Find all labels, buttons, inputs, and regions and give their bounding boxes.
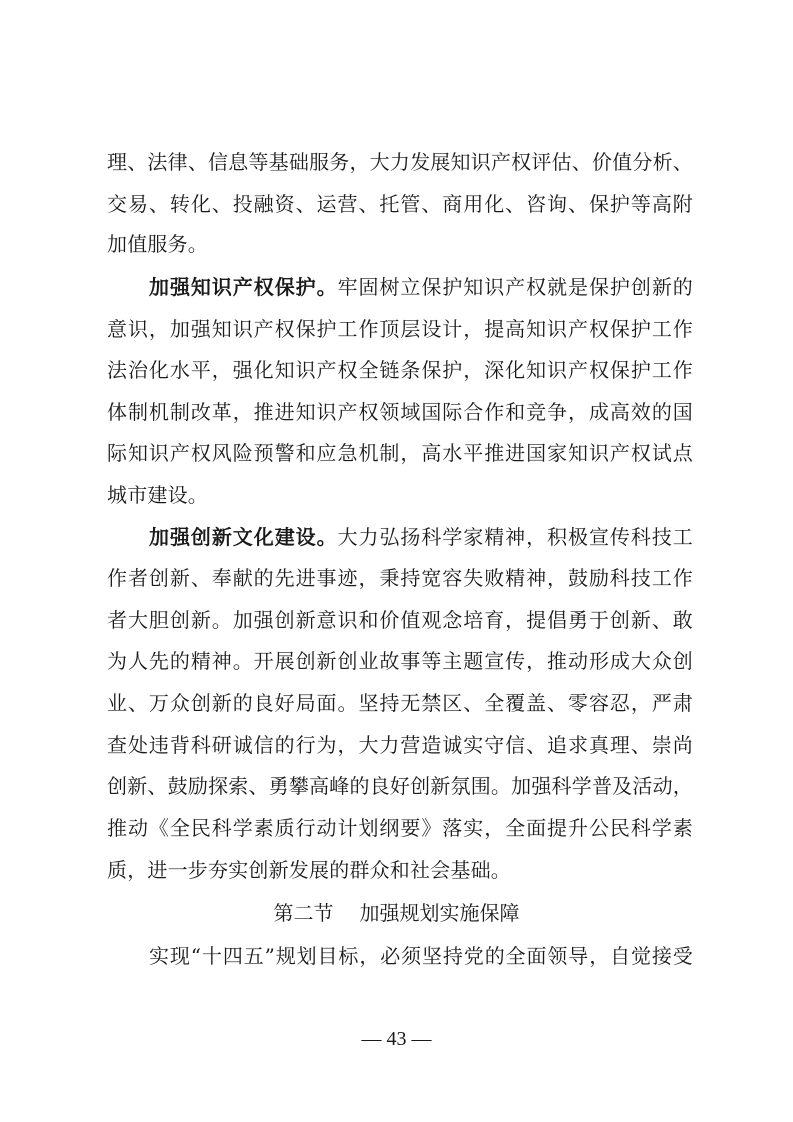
paragraph-line: 加值服务。 <box>107 232 693 256</box>
paragraph-line: 为人先的精神。开展创新创业故事等主题宣传，推动形成大众创 <box>107 649 693 673</box>
paragraph-line: 推动《全民科学素质行动计划纲要》落实，全面提升公民科学素 <box>107 816 693 840</box>
paragraph-line: 体制机制改革，推进知识产权领域国际合作和竞争，成高效的国 <box>107 400 693 424</box>
section-number: 第二节 <box>274 901 334 925</box>
paragraph-line: 交易、转化、投融资、运营、托管、商用化、咨询、保护等高附 <box>107 192 693 216</box>
paragraph-line: 查处违背科研诚信的行为，大力营造诚实守信、追求真理、崇尚 <box>107 733 693 757</box>
paragraph-line: 城市建设。 <box>107 483 693 507</box>
page-number: — 43 — <box>0 1028 793 1051</box>
section-title: 加强规划实施保障 <box>360 901 520 925</box>
paragraph-first-line: 实现“十四五”规划目标，必须坚持党的全面领导，自觉接受 <box>149 944 693 968</box>
paragraph-line: 际知识产权风险预警和应急机制，高水平推进国家知识产权试点 <box>107 441 693 465</box>
paragraph-line: 意识，加强知识产权保护工作顶层设计，提高知识产权保护工作 <box>107 317 693 341</box>
paragraph-line: 者大胆创新。加强创新意识和价值观念培育，提倡勇于创新、敢 <box>107 608 693 632</box>
paragraph-first-line: 加强知识产权保护。牢固树立保护知识产权就是保护创新的 <box>149 275 693 299</box>
paragraph-line: 质，进一步夯实创新发展的群众和社会基础。 <box>107 858 693 882</box>
paragraph-bold-lead: 加强知识产权保护。 <box>149 275 338 299</box>
paragraph-line: 创新、鼓励探索、勇攀高峰的良好创新氛围。加强科学普及活动， <box>107 774 693 798</box>
section-heading: 第二节加强规划实施保障 <box>0 901 793 925</box>
paragraph-text: 大力弘扬科学家精神，积极宣传科技工 <box>338 525 693 549</box>
paragraph-line: 理、法律、信息等基础服务，大力发展知识产权评估、价值分析、 <box>107 150 693 174</box>
document-page: 理、法律、信息等基础服务，大力发展知识产权评估、价值分析、 交易、转化、投融资、… <box>0 0 793 1122</box>
paragraph-text: 牢固树立保护知识产权就是保护创新的 <box>338 275 693 299</box>
paragraph-bold-lead: 加强创新文化建设。 <box>149 525 338 549</box>
paragraph-line: 法治化水平，强化知识产权全链条保护，深化知识产权保护工作 <box>107 358 693 382</box>
paragraph-line: 业、万众创新的良好局面。坚持无禁区、全覆盖、零容忍，严肃 <box>107 691 693 715</box>
paragraph-first-line: 加强创新文化建设。大力弘扬科学家精神，积极宣传科技工 <box>149 525 693 549</box>
paragraph-line: 作者创新、奉献的先进事迹，秉持宽容失败精神，鼓励科技工作 <box>107 566 693 590</box>
